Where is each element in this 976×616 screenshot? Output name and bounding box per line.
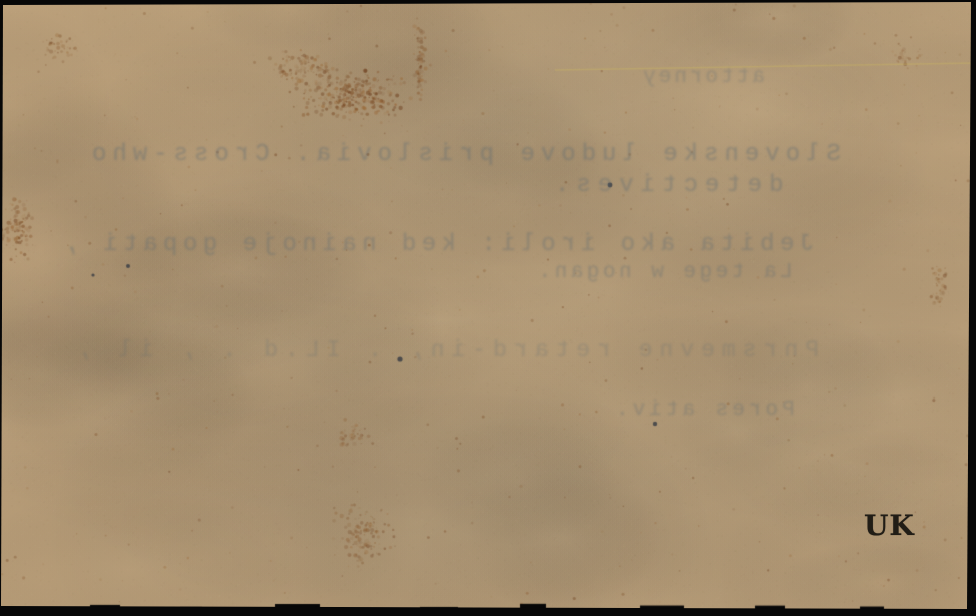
- paper-card: attorney Slovenske ludove prislovia. Cro…: [0, 0, 976, 616]
- photo-background: attorney Slovenske ludove prislovia. Cro…: [0, 0, 976, 616]
- paper-texture-canvas: [0, 0, 976, 616]
- uk-stamp: UK: [864, 509, 915, 542]
